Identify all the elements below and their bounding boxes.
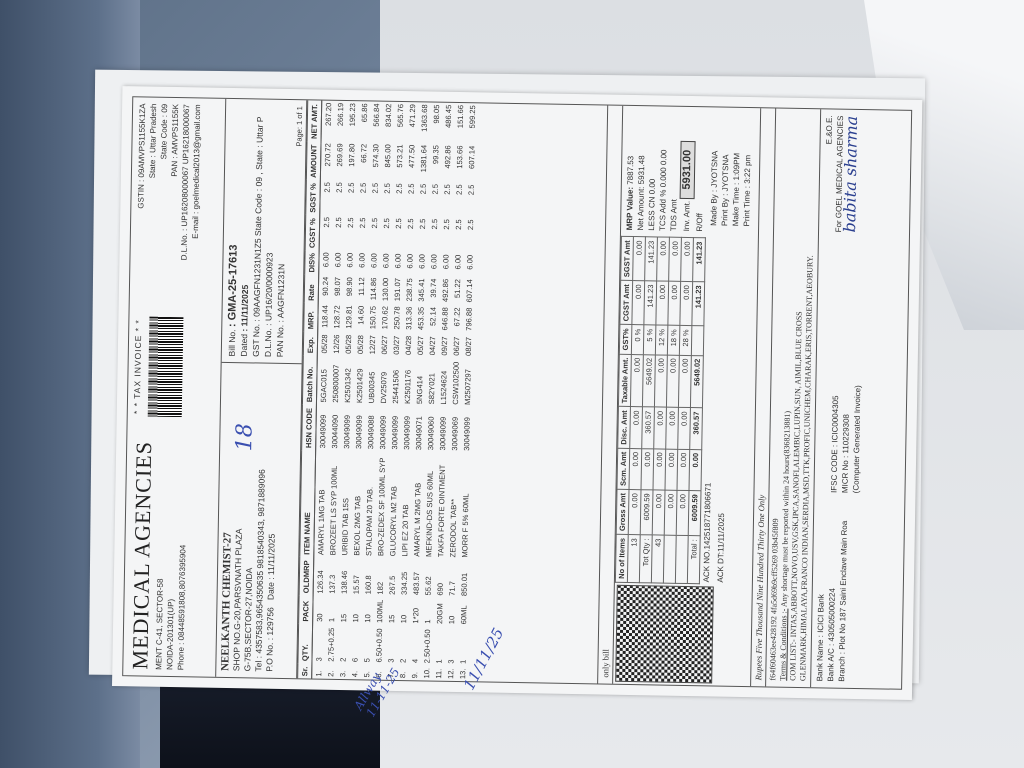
table-cell: 170.62 — [378, 304, 390, 333]
summary-total-cell: 6009.59 — [688, 491, 701, 536]
table-cell: 10 — [349, 596, 361, 625]
table-cell: 30049099 — [352, 405, 365, 451]
table-cell: 2.5 — [380, 216, 393, 252]
table-cell: 30044090 — [328, 405, 341, 451]
table-cell: 607.14 — [463, 277, 475, 306]
table-cell: 11.12 — [355, 275, 367, 304]
table-cell: 114.86 — [367, 275, 379, 304]
items-area: Page: 1 of 1 Sr.QTY.PACKOLDMRPITEM NAMEH… — [297, 100, 608, 683]
table-cell: 313.36 — [402, 304, 414, 333]
summary-cell: 360.57 — [642, 407, 655, 449]
summary-cell: Tot Qty : — [639, 535, 652, 583]
summary-cell: 0.00 — [632, 281, 645, 325]
table-cell: UB00345 — [365, 356, 378, 405]
tds-label: TDS Amt — [669, 199, 679, 231]
table-cell: 267.5 — [386, 558, 399, 597]
table-cell: 118.44 — [318, 303, 331, 332]
table-cell: 30049099 — [400, 406, 413, 452]
table-cell: 2. — [324, 664, 336, 679]
print-time: Print Time : 3:22 pm — [741, 120, 754, 227]
table-cell: L1524624 — [437, 357, 450, 406]
table-cell: 197.80 — [345, 142, 358, 181]
table-cell: 607.14 — [465, 144, 478, 183]
table-cell: 6.00 — [451, 253, 463, 278]
invoice-header: MEDICAL AGENCIES MENT C-41, SECTOR-58 NO… — [123, 97, 226, 677]
terms-title: Terms & Conditions :- — [778, 609, 788, 681]
table-cell: 453.35 — [414, 305, 426, 334]
table-cell: 30049088 — [364, 405, 377, 451]
table-cell: 345.41 — [415, 276, 427, 305]
e-invoice-qr-code — [616, 586, 713, 683]
table-cell: 690 — [434, 559, 447, 598]
table-cell: 267.20 — [321, 101, 334, 142]
table-cell: 486.45 — [442, 103, 455, 144]
table-cell: 30049069 — [448, 407, 461, 453]
table-cell: 30 — [313, 595, 326, 624]
table-cell: 98.07 — [331, 275, 343, 304]
table-cell: 30049099 — [340, 405, 353, 451]
less-cn: 0.00 — [648, 179, 657, 195]
table-cell: 270.72 — [320, 141, 333, 180]
table-cell: 191.07 — [391, 276, 403, 305]
table-cell: 182 — [374, 558, 387, 597]
table-cell: 2 — [336, 624, 349, 664]
table-cell: 492.86 — [439, 277, 451, 306]
table-cell: 6.00 — [379, 251, 391, 276]
table-cell: 6.00 — [463, 253, 475, 278]
table-cell: 4. — [348, 664, 360, 679]
summary-column-header: Taxable Amt. — [618, 354, 631, 407]
summary-cell: 0.00 — [666, 408, 679, 450]
table-cell: K2501429 — [353, 356, 366, 405]
table-cell: 6 — [348, 624, 361, 664]
summary-cell — [675, 535, 688, 583]
summary-column-header: SGST Amt — [621, 237, 634, 281]
summary-cell: 0.00 — [654, 354, 667, 407]
table-cell: 39.74 — [427, 277, 439, 306]
table-cell: 2.5 — [440, 182, 453, 217]
table-cell: 1 — [456, 626, 469, 666]
table-cell: 2.5 — [356, 181, 369, 216]
table-cell: 845.00 — [381, 142, 394, 181]
table-cell: 137.3 — [326, 557, 339, 596]
items-column-header: MRP. — [304, 303, 318, 332]
table-cell: 471.29 — [406, 102, 419, 143]
table-cell: 6.00 — [367, 251, 379, 276]
tax-invoice-document: MEDICAL AGENCIES MENT C-41, SECTOR-58 NO… — [112, 86, 922, 700]
table-cell: 1 — [325, 596, 337, 625]
table-cell: 65.86 — [358, 101, 371, 142]
table-cell: 3. — [336, 664, 348, 679]
table-cell: S82Y021 — [425, 357, 438, 406]
table-cell: 195.23 — [346, 101, 359, 142]
table-cell: 52.14 — [426, 305, 438, 334]
table-cell: 1363.68 — [418, 102, 431, 143]
summary-cell: 0.00 — [678, 408, 691, 450]
table-cell: 138.46 — [338, 557, 351, 596]
authorised-signature: babita sharma — [843, 116, 857, 305]
table-cell: 14.60 — [354, 304, 366, 333]
items-column-header: CGST % — [305, 215, 320, 251]
inv-amt-label: Inv. Amt. — [682, 201, 692, 232]
totals-section: No of ItemsGross AmtScm. AmtDisc. AmtTax… — [613, 106, 761, 686]
table-cell: 566.84 — [370, 101, 383, 142]
table-cell: 2.5 — [416, 182, 429, 217]
table-cell: CSW102500 — [449, 358, 462, 407]
summary-cell: 12 % — [655, 325, 668, 354]
table-cell: 150.75 — [366, 304, 378, 333]
table-cell: 2.5 — [464, 182, 477, 217]
summary-cell: 43 — [651, 535, 664, 583]
table-cell: 2.50+0.50 — [420, 626, 433, 666]
table-cell: 2.5 — [368, 216, 381, 252]
table-cell: 2.5 — [332, 180, 345, 215]
table-cell: 05/28 — [342, 332, 354, 356]
summary-cell: 5649.02 — [642, 354, 655, 407]
summary-cell: 0.00 — [656, 281, 669, 325]
table-cell: 2.5 — [344, 180, 357, 215]
summary-cell: 6009.59 — [640, 490, 653, 535]
summary-cell: 0.00 — [654, 407, 667, 449]
table-cell: 492.86 — [441, 143, 454, 182]
summary-cell: 0.00 — [669, 238, 682, 282]
summary-cell: 0.00 — [629, 448, 642, 490]
table-cell: 128.72 — [330, 303, 342, 332]
table-cell: 151.66 — [454, 103, 467, 144]
table-cell: 12. — [444, 666, 456, 681]
table-cell: 129.81 — [342, 303, 354, 332]
po-number: P.O No. : 129756 — [264, 607, 275, 672]
table-cell: 5 — [360, 625, 373, 665]
table-cell: 99.35 — [429, 143, 442, 182]
summary-column-header: CGST Amt — [620, 281, 633, 325]
table-cell: 2.5 — [440, 217, 453, 253]
summary-cell: 0.00 — [664, 490, 677, 535]
table-cell: 05/28 — [317, 331, 330, 355]
summary-column-header: GST% — [619, 325, 632, 354]
table-cell: 30049099 — [436, 406, 449, 452]
table-cell: 04/27 — [426, 333, 438, 357]
summary-cell: 0.00 — [657, 237, 670, 281]
table-cell: 153.66 — [453, 143, 466, 182]
table-cell: 6.00 — [439, 252, 451, 277]
table-cell: 2.5 — [452, 182, 465, 217]
table-cell: 250.78 — [390, 304, 402, 333]
summary-cell: 0.00 — [665, 449, 678, 491]
table-cell: 250800007 — [329, 356, 342, 405]
summary-cell: 5 % — [643, 325, 656, 354]
summary-cell: 28 % — [679, 326, 692, 355]
items-column-header: Sr. — [298, 663, 312, 678]
summary-total-cell — [691, 326, 704, 355]
buyer-pan: : AAGFN1231N — [275, 264, 286, 323]
computer-generated-note: (Computer Generated Invoice) — [850, 305, 864, 494]
items-column-header: PACK — [299, 595, 313, 624]
net-amount-label: Net Amount: — [636, 186, 646, 230]
table-cell: 03/27 — [390, 333, 402, 357]
table-cell: 98.05 — [430, 102, 443, 143]
table-cell: 12/27 — [366, 332, 378, 356]
table-cell: 565.76 — [394, 102, 407, 143]
invoice-amount: 5931.00 — [680, 141, 696, 199]
table-cell: 269.69 — [333, 141, 346, 180]
company-name: MEDICAL AGENCIES — [127, 433, 157, 670]
table-cell: 51.22 — [451, 277, 463, 306]
table-cell: 11. — [432, 665, 444, 680]
table-cell: 66.72 — [357, 142, 370, 181]
table-cell: 04/28 — [402, 333, 414, 357]
items-column-header: Rate — [304, 274, 318, 303]
items-column-header: Exp. — [303, 331, 317, 355]
table-cell: 2.5 — [356, 216, 369, 252]
summary-total-cell: 5649.02 — [690, 355, 703, 408]
table-cell: 646.88 — [438, 305, 450, 334]
summary-column-header: Gross Amt — [616, 489, 629, 534]
table-cell: 6.00 — [391, 252, 403, 277]
table-cell: 20GM — [433, 598, 445, 627]
table-cell: 10 — [397, 597, 409, 626]
table-cell: 2.5 — [392, 216, 405, 252]
table-cell: 3 — [444, 626, 457, 666]
table-cell: 67.22 — [450, 305, 462, 334]
less-cn-label: LESS CN — [647, 196, 657, 230]
summary-total-cell: 141.23 — [692, 282, 705, 326]
page-number: Page: 1 of 1 — [294, 106, 304, 147]
table-cell: M2507297 — [461, 358, 474, 407]
table-cell: 573.21 — [393, 142, 406, 181]
table-cell: 5GAC015 — [316, 355, 329, 404]
table-cell: 30049099 — [316, 404, 329, 450]
table-cell: 30049099 — [388, 406, 401, 452]
table-cell: 25441506 — [389, 357, 402, 406]
mrp-value: 7887.53 — [626, 156, 636, 185]
summary-cell: 0.00 — [666, 355, 679, 408]
table-cell: 3 — [312, 624, 325, 664]
items-column-header: HSN CODE — [302, 404, 317, 450]
table-cell: 2.5 — [320, 180, 333, 215]
table-cell: 6.00 — [427, 252, 439, 277]
table-cell: 100ML — [373, 596, 385, 625]
items-column-header: Batch No. — [302, 355, 317, 404]
table-cell: 599.25 — [466, 103, 479, 144]
dated-label: Dated — [239, 334, 249, 357]
summary-column-header: Disc. Amt — [618, 407, 631, 449]
summary-cell: 0 % — [631, 325, 644, 354]
table-cell: 266.19 — [334, 101, 347, 142]
table-cell: 850.01 — [458, 559, 471, 598]
handwritten-initials: 18 — [232, 423, 257, 451]
table-cell: 160.8 — [362, 558, 375, 597]
summary-total-cell: 0.00 — [689, 449, 702, 491]
summary-cell: 0.00 — [677, 449, 690, 491]
table-cell: 98.90 — [343, 275, 355, 304]
table-cell: 06/27 — [378, 332, 390, 356]
summary-cell: 0.00 — [668, 281, 681, 325]
table-cell: 10 — [361, 596, 373, 625]
table-cell: 3 — [384, 625, 397, 665]
table-cell: 6.00 — [331, 250, 343, 275]
items-table: Sr.QTY.PACKOLDMRPITEM NAMEHSN CODEBatch … — [297, 100, 478, 681]
table-cell: 834.02 — [382, 102, 395, 143]
summary-cell: 0.00 — [653, 449, 666, 491]
table-cell: 4 — [408, 625, 421, 665]
table-cell: 2.5 — [392, 181, 405, 216]
po-date: Date : 11/11/2025 — [266, 534, 277, 600]
table-cell: 1 — [421, 597, 433, 626]
table-cell: 2.5 — [428, 182, 441, 217]
table-cell: 6.00 — [403, 252, 415, 277]
table-cell: 2.75+0.25 — [324, 624, 337, 664]
table-cell: 2 — [396, 625, 409, 665]
summary-cell: 0.00 — [630, 354, 643, 407]
buyer-pan-label: PAN No. — [275, 325, 286, 358]
table-cell: 1 — [432, 626, 445, 666]
summary-cell: 141.23 — [644, 281, 657, 325]
bank-details: Bank Name : ICICI Bank Bank A/C : 430505… — [811, 109, 871, 688]
summary-cell: 0.00 — [678, 355, 691, 408]
buyer-section: NEELKANTH CHEMIST-27 SHOP NO.G-20,PARSVN… — [216, 99, 307, 678]
summary-cell — [663, 535, 676, 583]
table-cell: 6.00 — [355, 251, 367, 276]
summary-column-header: Scm. Amt — [617, 448, 630, 490]
table-cell: 130.00 — [379, 276, 391, 305]
table-cell: 1381.64 — [417, 143, 430, 182]
table-cell: 60ML — [457, 598, 469, 627]
table-cell: 2.5 — [380, 181, 393, 216]
invoice-amounts: MRP Value: 7887.53 Net Amount: 5931.48 L… — [621, 106, 760, 239]
buyer-dl: : UP16/20/0000923 — [263, 252, 274, 325]
table-cell: 477.50 — [405, 143, 418, 182]
table-cell: 55.62 — [422, 559, 435, 598]
items-column-header: SGST % — [306, 180, 321, 215]
bank-branch: Branch : Plot No 187 Saini Enclave Main … — [836, 493, 850, 682]
mrp-value-label: MRP Value: — [625, 187, 635, 231]
table-cell: 6.00 — [319, 250, 332, 275]
buyer-gst-label: GST No. — [251, 324, 262, 357]
table-cell: 06/27 — [450, 334, 462, 358]
summary-total-cell: 141.23 — [693, 238, 706, 282]
document-type: * * TAX INVOICE * * — [132, 307, 144, 427]
table-cell: 6.00 — [343, 251, 355, 276]
table-cell: 08/27 — [462, 334, 474, 358]
table-cell: 05/28 — [354, 332, 366, 356]
table-cell: 2.5 — [416, 217, 429, 253]
table-cell: 2.5 — [332, 215, 345, 251]
table-cell: 6.00 — [415, 252, 427, 277]
summary-total-cell: 360.57 — [690, 408, 703, 450]
table-cell: 2.5 — [319, 215, 332, 251]
table-cell: 05/27 — [414, 333, 426, 357]
made-by-block: Made By : JYOTSNA Print By : JYOTSNA Mak… — [705, 113, 757, 232]
table-cell: 9. — [408, 665, 420, 680]
tcs-amount: 0.00 — [659, 149, 668, 165]
table-cell: 2.5 — [404, 216, 417, 252]
table-cell: 2.5 — [452, 217, 465, 253]
table-cell: 90.24 — [318, 275, 331, 304]
table-cell: 30049099 — [376, 405, 389, 451]
table-cell: 574.30 — [369, 142, 382, 181]
table-cell: K2501176 — [401, 357, 414, 406]
bill-no-label: Bill No. — [227, 329, 237, 356]
summary-cell: 0.00 — [633, 237, 646, 281]
invoice-photo: MEDICAL AGENCIES MENT C-41, SECTOR-58 NO… — [112, 86, 912, 686]
summary-cell: 0.00 — [680, 282, 693, 326]
summary-cell: 141.23 — [645, 237, 658, 281]
table-cell: 1*20 — [409, 597, 421, 626]
table-cell: 238.75 — [403, 276, 415, 305]
table-cell: 483.57 — [410, 559, 423, 598]
summary-cell: 18 % — [667, 326, 680, 355]
table-cell: 1. — [312, 663, 325, 678]
summary-cell: 0.00 — [681, 238, 694, 282]
table-cell: 126.34 — [313, 557, 326, 596]
table-cell: 2.5 — [404, 181, 417, 216]
table-cell: 2.5 — [428, 217, 441, 253]
bill-date: : 11/11/2025 — [239, 285, 250, 332]
summary-cell: 0.00 — [641, 448, 654, 490]
table-cell: 12/26 — [330, 332, 342, 356]
table-cell: 334.25 — [398, 558, 411, 597]
table-cell: 71.7 — [446, 559, 459, 598]
table-cell: 30049099 — [460, 407, 473, 453]
tcs-label: TCS Add % 0.000 — [658, 167, 668, 231]
table-cell: 15.57 — [350, 558, 363, 597]
table-cell: 2.5 — [368, 181, 381, 216]
gst-summary-table: No of ItemsGross AmtScm. AmtDisc. AmtTax… — [615, 236, 706, 584]
summary-total-label: Total : — [687, 536, 700, 584]
summary-cell: 0.00 — [676, 490, 689, 535]
table-cell: 30049060 — [424, 406, 437, 452]
summary-cell: 0.00 — [628, 490, 641, 535]
table-cell: 30049071 — [412, 406, 425, 452]
buyer-dl-label: D.L.No. — [263, 328, 274, 357]
items-column-header: NET AMT. — [307, 100, 322, 141]
items-count-label: No of Items — [615, 534, 628, 582]
table-cell: MORR F 5% 60ML — [458, 453, 472, 560]
table-cell: 09/27 — [438, 333, 450, 357]
net-amount: 5931.48 — [637, 155, 647, 184]
table-cell: 2.5 — [464, 217, 477, 253]
summary-cell: 0.00 — [652, 490, 665, 535]
table-cell: K2501342 — [341, 356, 354, 405]
seller-email: E-mail : goelmedical2013@gmail.com — [189, 104, 203, 301]
barcode — [148, 317, 184, 418]
summary-cell: 0.00 — [630, 407, 643, 449]
table-cell: 10 — [445, 598, 457, 627]
items-column-header: DIS% — [305, 250, 319, 275]
items-column-header: QTY. — [298, 624, 313, 664]
table-cell: DV25079 — [377, 356, 390, 405]
table-cell: 10. — [420, 665, 432, 680]
summary-cell: 13 — [627, 535, 640, 583]
table-cell: 796.88 — [462, 306, 474, 335]
table-cell: 2.5 — [344, 215, 357, 251]
items-column-header: OLDMRP — [299, 557, 314, 596]
items-column-header: AMOUNT — [306, 141, 321, 180]
table-cell: 5NG414 — [413, 357, 426, 406]
table-cell: 15 — [337, 596, 349, 625]
table-cell: 15 — [385, 597, 397, 626]
